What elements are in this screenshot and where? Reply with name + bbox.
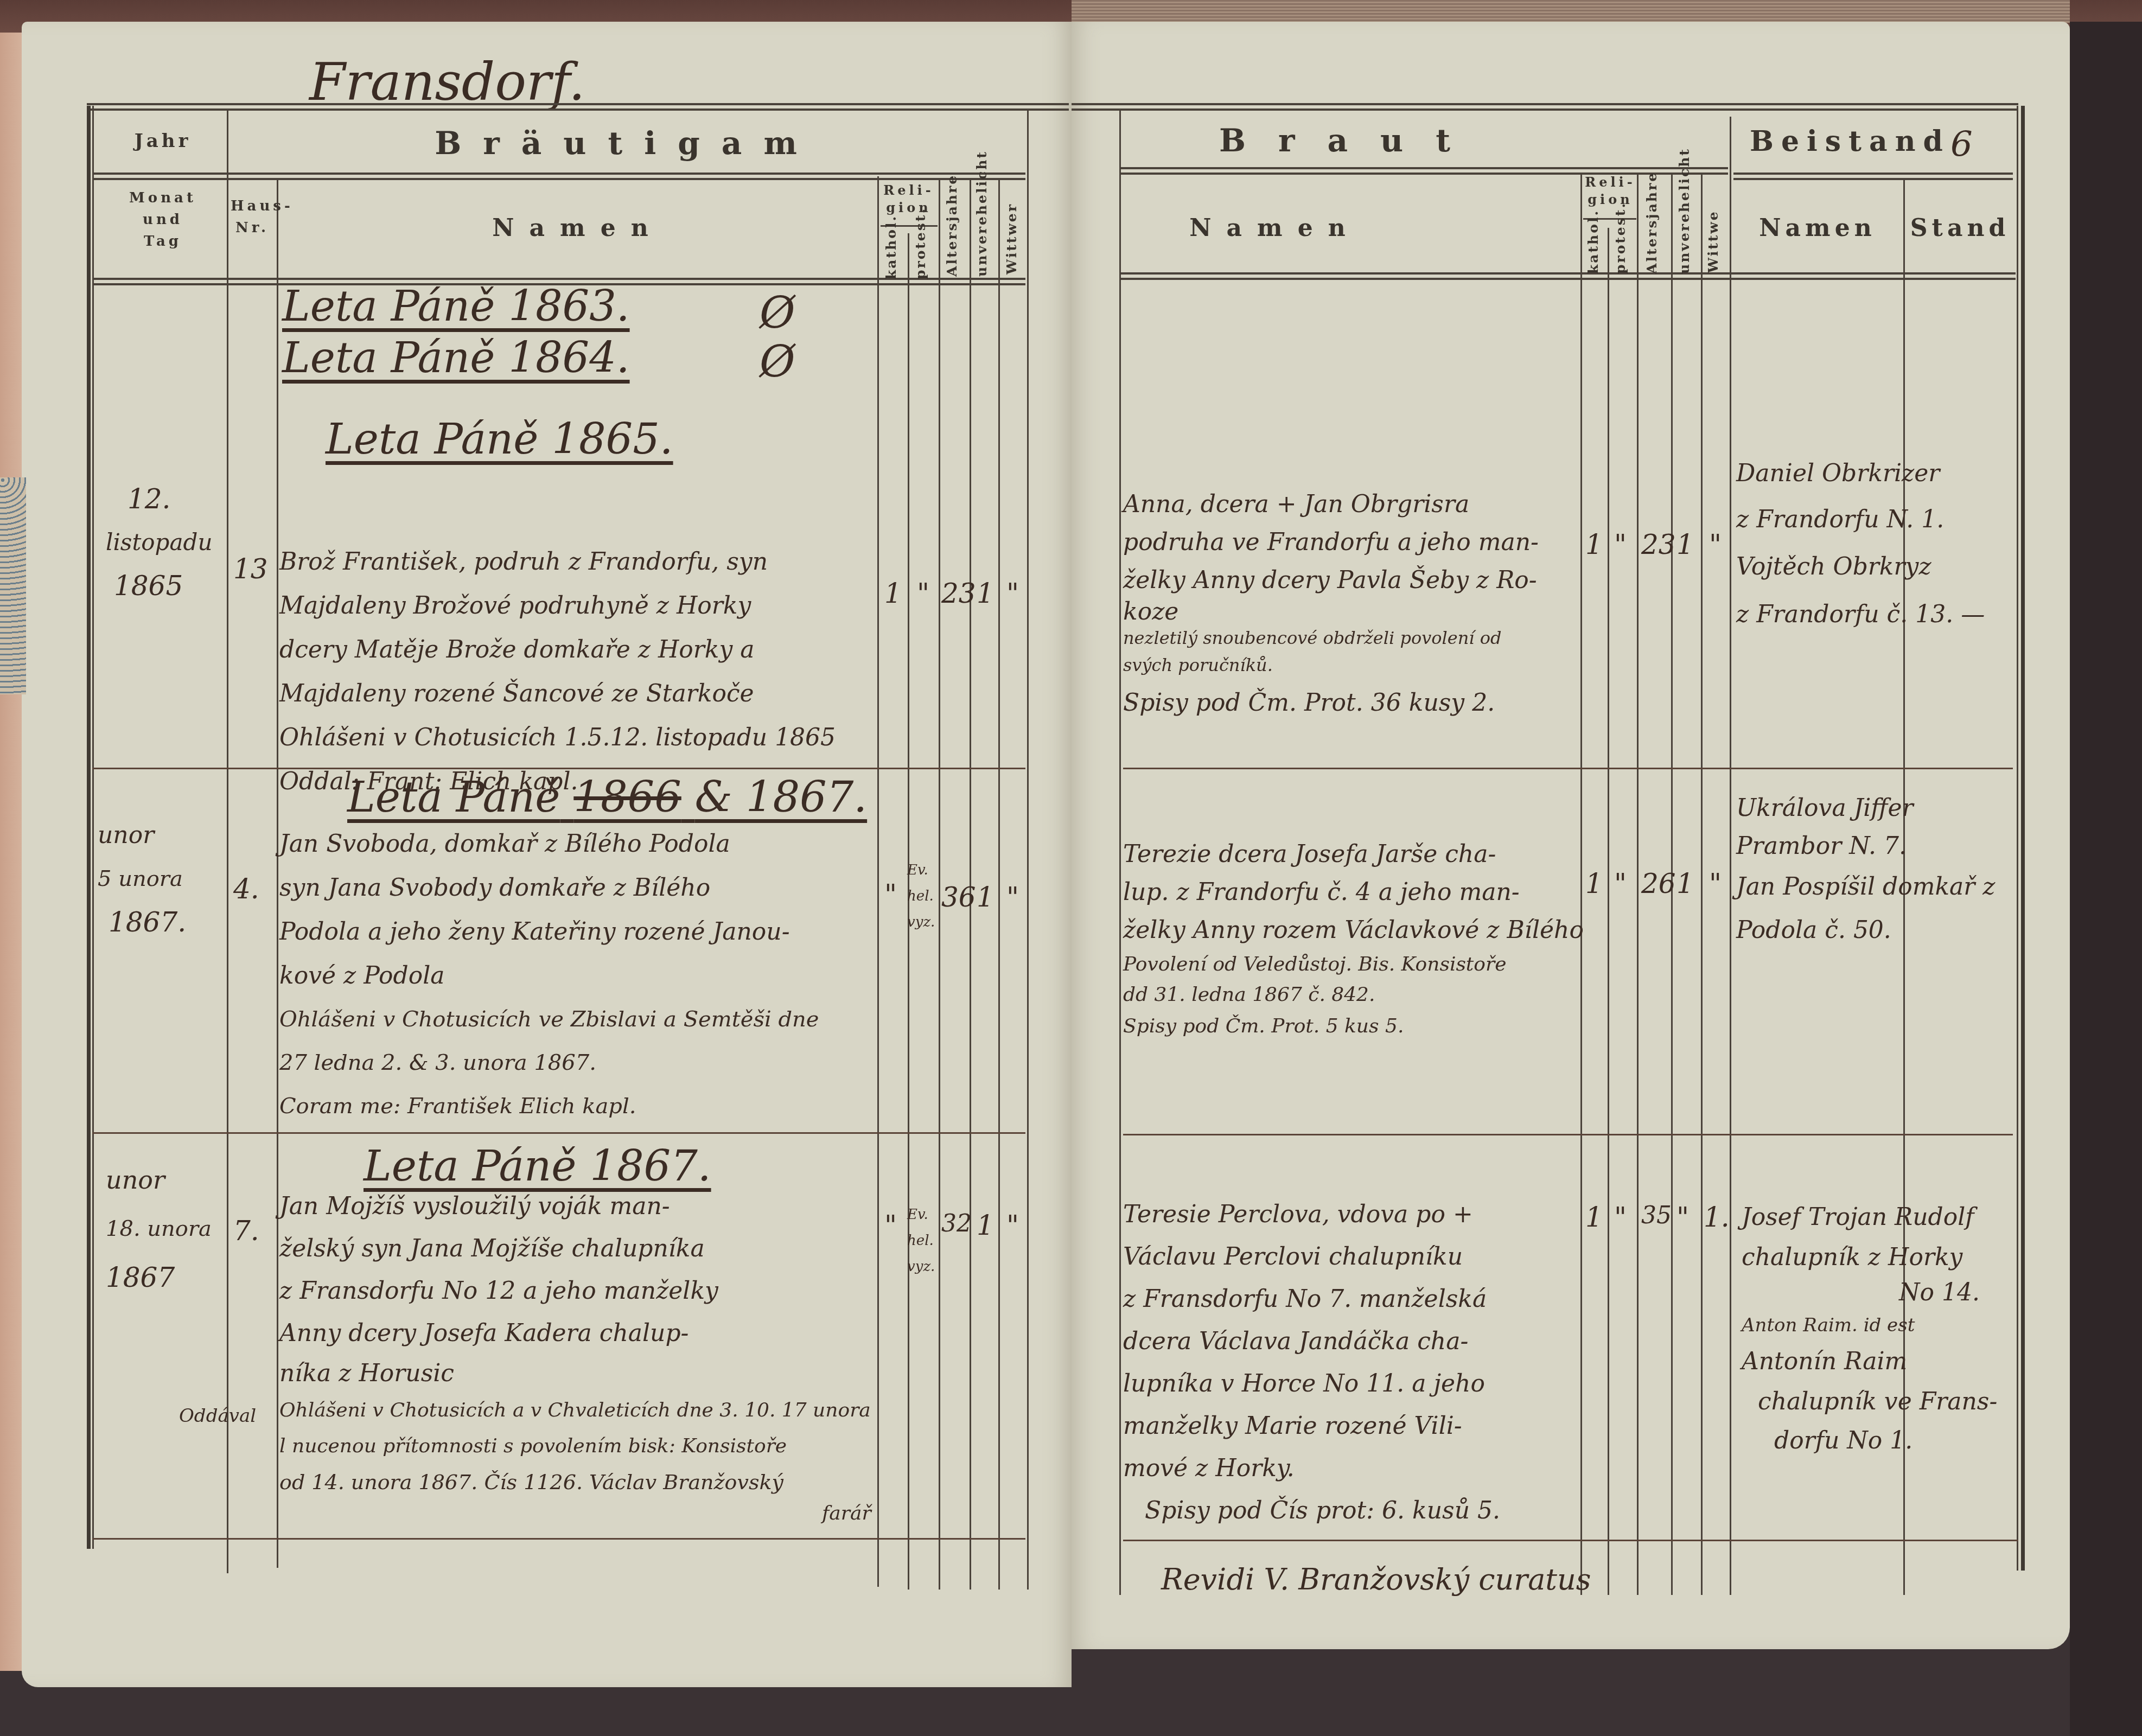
header-braeutigam: Bräutigam [233,125,1020,162]
header-religion-1: Reli- [879,182,939,199]
entry-3-bride-widow: 1. [1704,1202,1730,1233]
year-heading-suffix: & 1867. [695,773,868,822]
entry-3-witnesses: Josef Trojan Rudolf chalupník z Horky No… [1742,1196,2024,1460]
header-bride-protest: protest. [1612,222,1633,274]
entry-3-date: unor 18. unora 1867 [106,1156,212,1302]
entry-3-groom-single: 1 [977,1210,994,1241]
entry-2-witness-line: Ukrálova Jiffer [1736,789,2018,827]
entry-3-witness-line: chalupník z Horky [1742,1239,2024,1277]
entry-3-groom-catholic: " [884,1210,897,1241]
header-bride-namen: Namen [1139,214,1411,242]
year-heading-1864: Leta Páně 1864. [282,334,630,382]
entry-3-witness-line: chalupník ve Frans- [1742,1382,2024,1422]
entry-2-house-no: 4. [233,873,259,905]
entry-2-bride-widow: " [1709,868,1722,899]
header-haus-nr: Haus- Nr. [231,195,274,239]
header-protest: protest. [913,231,934,279]
header-braut: Braut [1129,122,1573,159]
entry-2-bride-line: dd 31. ledna 1867 č. 842. [1123,980,1590,1010]
year-heading-1866-1867: Leta Páně 1866 & 1867. [347,773,867,822]
entry-3-groom-line: farář [279,1500,1039,1527]
header-bride-witwe: Wittwe [1705,209,1727,274]
header-religion-2: gion [879,199,939,216]
header-beistand-namen: Namen [1736,214,1899,242]
entry-3-witness-line: No 14. [1742,1277,2024,1309]
header-witwer: Wittwer [1004,201,1025,277]
table-top-rule [87,103,1069,105]
entry-3-bride-line: lupníka v Horce No 11. a jeho [1123,1363,1590,1405]
col-divider-haus [277,179,278,1568]
entry-2-bride-line: Terezie dcera Josefa Jarše cha- [1123,835,1590,873]
entry-1-groom-line: dcery Matěje Brože domkaře z Horky a [279,628,876,672]
year-heading-1867: Leta Páně 1867. [364,1142,711,1191]
entry-3-bride-line: z Fransdorfu No 7. manželská [1123,1278,1590,1320]
entry-1-groom-line: Ohlášeni v Chotusicích 1.5.12. listopadu… [279,716,876,759]
entry-1-date: 12. listopadu 1865 [106,477,212,608]
entry-3-bride-line: Teresie Perclova, vdova po + [1123,1193,1590,1236]
bride-col-divider-witwe [1730,117,1731,1595]
entry-1-bride-line: podruha ve Frandorfu a jeho man- [1123,524,1590,561]
right-entry-2-separator [1123,1134,2013,1135]
right-table-top-rule [1072,103,2018,105]
entry-1-groom-age: 23 [941,578,976,609]
entry-2-groom-line: Jan Svoboda, domkař z Bílého Podola [279,822,876,866]
right-entry-1-separator [1123,768,2013,769]
entry-2-groom-line: kové z Podola [279,954,876,998]
entry-1-separator [92,768,1025,769]
header-bride-unverehelicht: unverehelicht [1676,176,1698,274]
entry-1-bride-line: želky Anny dcery Pavla Šeby z Ro- [1123,561,1590,599]
entry-3-separator [92,1538,1025,1540]
entry-1-bride-catholic: 1 [1585,529,1603,560]
header-monat: Monat [106,187,220,209]
header-beistand-stand: Stand [1907,214,2013,242]
entry-1-bride-protestant: " [1614,529,1627,560]
right-header-bottom-rule [1120,272,2016,275]
entry-3-groom-widower: " [1006,1210,1019,1241]
table-left-border-inner [92,106,94,1549]
entry-2-groom-line: 27 ledna 2. & 3. unora 1867. [279,1041,876,1084]
entry-1-bride-single: 1 [1676,529,1694,560]
entry-3-bride-line: Spisy pod Čís prot: 6. kusů 5. [1123,1490,1590,1532]
beistand-header-mid-rule [1733,173,2013,175]
entry-1-witness-line: z Frandorfu N. 1. [1736,496,2018,542]
entry-2-bride-line: Povolení od Veledůstoj. Bis. Konsistoře [1123,949,1590,980]
entry-2-groom-line: Coram me: František Elich kapl. [279,1084,876,1128]
entry-1-house-no: 13 [233,553,268,585]
entry-2-bride-single: 1 [1676,868,1694,899]
book-background-right [2070,22,2142,1736]
entry-2-groom-single: 1 [977,882,994,913]
header-nr: Nr. [231,217,274,239]
right-entry-3-separator [1123,1540,2018,1541]
entry-3-bride-catholic: 1 [1585,1202,1603,1233]
page-stack-edge [1072,0,2070,23]
table-left-border [87,106,91,1549]
bride-col-divider-kathol [1608,228,1609,1595]
header-religion: Reli- gion [879,182,939,216]
empty-year-mark-1864: Ø [760,336,795,387]
entry-3-groom-line: Anny dcery Josefa Kadera chalup- [279,1312,1039,1355]
entry-3-witness-line: dorfu No 1. [1742,1422,2024,1460]
entry-3-groom-age: 32 [941,1210,972,1237]
entry-2-bride-age: 26 [1641,868,1676,899]
entry-1-groom-line: Majdaleny rozené Šancové ze Starkoče [279,672,876,716]
entry-2-bride-protestant: " [1614,868,1627,899]
entry-3-bride-line: manželky Marie rozené Vili- [1123,1405,1590,1447]
entry-1-bride-line: Anna, dcera + Jan Obrgrisra [1123,486,1590,524]
entry-1-bride-line: nezletilý snoubencové obdrželi povolení … [1123,624,1590,652]
entry-1-day: 12. [106,477,212,521]
entry-2-groom-widower: " [1006,882,1019,913]
right-header-mid-rule [1120,167,1728,169]
header-monat-und-tag: Monat und Tag [106,187,220,252]
header-bride-religion: Reli- gion [1583,174,1637,208]
entry-3-groom-line: Ohlášeni v Chotusicích a v Chvaleticích … [279,1393,1039,1428]
revision-note: Revidi V. Branžovský curatus [1161,1562,1591,1597]
entry-1-groom-widower: " [1006,578,1019,609]
entry-1-groom: Brož František, podruh z Frandorfu, syn … [279,540,876,803]
entry-2-groom-line: Podola a jeho ženy Kateřiny rozené Janou… [279,910,876,954]
header-altersjahre: Altersjahre [944,184,966,277]
header-haus: Haus- [231,195,274,217]
entry-3-groom-line: l nucenou přítomnosti s povolením bisk: … [279,1428,1039,1464]
entry-3-bride: Teresie Perclova, vdova po + Václavu Per… [1123,1193,1590,1532]
header-tag: Tag [106,231,220,252]
entry-1-bride-age: 23 [1641,529,1676,560]
binding-cloth-scrap [0,477,26,694]
entry-3-day: 18. unora [106,1204,212,1253]
entry-2-bride-line: Spisy pod Čm. Prot. 5 kus 5. [1123,1010,1590,1043]
entry-1-bride-line: koze [1123,599,1590,624]
entry-1-witness-line: z Frandorfu č. 13. — [1736,591,2018,637]
year-heading-1863: Leta Páně 1863. [282,282,630,331]
empty-year-mark-1863: Ø [760,288,795,338]
entry-3-margin-note: Oddával [179,1405,256,1427]
entry-2-day: 5 unora [98,857,186,901]
entry-2-bride: Terezie dcera Josefa Jarše cha- lup. z F… [1123,835,1590,1043]
entry-1-bride-widow: " [1709,529,1722,560]
header-mid-rule [92,173,1025,175]
entry-1-month: listopadu [106,521,212,564]
right-table-left-border [1119,108,1121,1595]
header-bride-religion-1: Reli- [1583,174,1637,191]
header-groom-namen: Namen [282,214,874,242]
header-bride-religion-2: gion [1583,191,1637,208]
header-kathol: kathol. [883,231,905,279]
entry-2-separator [92,1132,1025,1134]
entry-2-witness-line: Prambor N. 7. [1736,827,2018,865]
entry-2-year: 1867. [98,901,186,944]
entry-3-bride-line: Václavu Perclovi chalupníku [1123,1236,1590,1278]
entry-1-bride: Anna, dcera + Jan Obrgrisra podruha ve F… [1123,486,1590,727]
header-beistand: Beistand [1736,125,1964,158]
year-heading-label: Leta Páně [347,773,560,822]
entry-3-groom-protestant: Ev. hel. vyz. [907,1202,934,1280]
entry-3-witness-line: Antonín Raim [1742,1342,2024,1382]
entry-1-witnesses: Daniel Obrkrizer z Frandorfu N. 1. Vojtě… [1736,450,2018,637]
entry-2-bride-line: lup. z Frandorfu č. 4 a jeho man- [1123,873,1590,911]
entry-3-groom-line: od 14. unora 1867. Čís 1126. Václav Bran… [279,1464,1039,1500]
col-divider-jahr [227,108,228,1573]
entry-2-groom-line: Ohlášeni v Chotusicích ve Zbislavi a Sem… [279,998,876,1041]
entry-1-groom-protestant: " [917,578,929,609]
entry-3-witness-line: Josef Trojan Rudolf [1742,1196,2024,1239]
entry-2-bride-catholic: 1 [1585,868,1603,899]
entry-2-groom-line: syn Jana Svobody domkaře z Bílého [279,866,876,910]
header-und: und [106,209,220,231]
entry-3-year: 1867 [106,1253,212,1302]
entry-2-groom: Jan Svoboda, domkař z Bílého Podola syn … [279,822,876,1128]
entry-1-bride-line: Spisy pod Čm. Prot. 36 kusy 2. [1123,679,1590,727]
entry-2-witnesses: Ukrálova Jiffer Prambor N. 7. Jan Pospíš… [1736,789,2018,952]
entry-3-bride-line: dcera Václava Jandáčka cha- [1123,1320,1590,1363]
struck-year: 1866 [573,773,681,822]
entry-2-witness-line: Jan Pospíšil domkař z [1736,865,2018,909]
entry-1-witness-line: Daniel Obrkrizer [1736,450,2018,496]
entry-2-groom-age: 36 [941,882,976,913]
year-heading-1865: Leta Páně 1865. [326,415,673,464]
entry-3-witness-line: Anton Raim. id est [1742,1309,2024,1342]
entry-2-month: unor [98,814,186,857]
entry-2-bride-line: želky Anny rozem Václavkové z Bílého [1123,911,1590,949]
bride-col-divider-religion [1637,174,1639,1595]
entry-3-bride-line: mové z Horky. [1123,1447,1590,1490]
header-jahr: Jahr [109,130,217,152]
entry-2-groom-protestant: Ev. hel. vyz. [907,857,934,935]
entry-1-groom-line: Brož František, podruh z Frandorfu, syn [279,540,876,584]
entry-3-bride-protestant: " [1614,1202,1627,1233]
header-bride-altersjahre: Altersjahre [1644,179,1666,274]
entry-2-groom-catholic: " [884,879,897,910]
entry-1-groom-catholic: 1 [884,578,902,609]
entry-3-bride-single: " [1676,1202,1689,1233]
entry-2-date: unor 5 unora 1867. [98,814,186,944]
entry-1-groom-line: Majdaleny Brožové podruhyně z Horky [279,584,876,628]
header-unverehelicht: unverehelicht [974,184,996,277]
entry-3-house-no: 7. [233,1215,259,1247]
entry-3-bride-age: 35 [1641,1202,1672,1229]
entry-1-witness-line: Vojtěch Obrkryz [1736,542,2018,591]
entry-3-groom-line: níka z Horusic [279,1355,1039,1393]
entry-3-month: unor [106,1156,212,1204]
entry-1-groom-single: 1 [977,578,994,609]
header-bride-kathol: kathol. [1585,222,1606,274]
entry-2-witness-line: Podola č. 50. [1736,909,2018,952]
entry-1-bride-line: svých poručníků. [1123,652,1590,679]
bride-col-divider-unverehelicht [1701,174,1703,1595]
entry-1-year: 1865 [106,564,212,608]
